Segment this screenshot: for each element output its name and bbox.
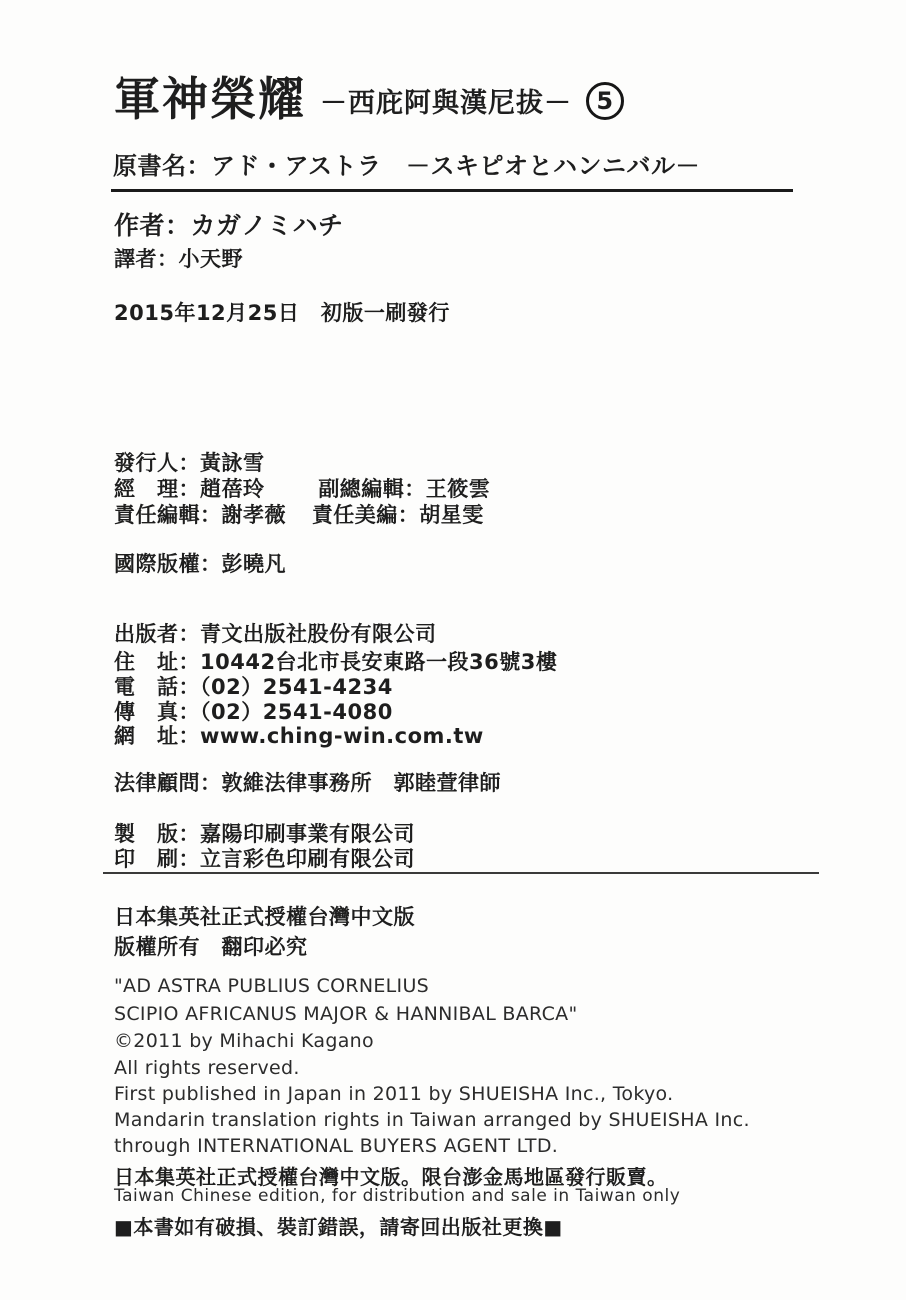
license-authorized-line: 日本集英社正式授權台灣中文版 bbox=[114, 901, 415, 931]
footer-replacement-notice: ■本書如有破損、裝訂錯誤，請寄回出版社更換■ bbox=[114, 1211, 563, 1240]
manager: 經 理：趙蓓玲 bbox=[114, 477, 265, 501]
book-title-row: 軍神榮耀 －西庇阿與漢尼拔－ 5 bbox=[114, 76, 624, 122]
deputy-editor: 副總編輯：王筱雲 bbox=[318, 477, 490, 501]
printing-line: 印 刷：立言彩色印刷有限公司 bbox=[114, 843, 415, 873]
volume-number-badge: 5 bbox=[586, 82, 624, 120]
art-editor: 責任美編：胡星雯 bbox=[312, 503, 484, 527]
divider-top bbox=[111, 189, 793, 192]
divider-bottom bbox=[103, 872, 819, 874]
author-line: 作者：カガノミハチ bbox=[114, 206, 344, 242]
license-rights-line: 版權所有 翻印必究 bbox=[114, 931, 308, 961]
copyright-en-line: First published in Japan in 2011 by SHUE… bbox=[114, 1083, 673, 1105]
publisher-website-line: 網 址：www.ching-win.com.tw bbox=[114, 720, 484, 750]
copyright-en-line: through INTERNATIONAL BUYERS AGENT LTD. bbox=[114, 1135, 558, 1157]
editors-line: 責任編輯：謝孝薇 責任美編：胡星雯 bbox=[114, 499, 484, 529]
book-title: 軍神榮耀 bbox=[114, 76, 306, 122]
intl-rights-line: 國際版權：彭曉凡 bbox=[114, 548, 286, 578]
footer-region-en-line: Taiwan Chinese edition, for distribution… bbox=[114, 1186, 680, 1206]
legal-advisor-line: 法律顧問：敦維法律事務所 郭睦萱律師 bbox=[114, 767, 501, 797]
colophon-page: 軍神榮耀 －西庇阿與漢尼拔－ 5 原書名：アド・アストラ －スキピオとハンニバル… bbox=[0, 0, 906, 1300]
translator-line: 譯者：小天野 bbox=[114, 243, 243, 273]
copyright-en-line: SCIPIO AFRICANUS MAJOR & HANNIBAL BARCA" bbox=[114, 1003, 578, 1025]
book-series-subtitle: －西庇阿與漢尼拔－ bbox=[320, 90, 572, 122]
volume-number: 5 bbox=[596, 87, 613, 115]
copyright-en-line: Mandarin translation rights in Taiwan ar… bbox=[114, 1109, 750, 1131]
copyright-en-line: "AD ASTRA PUBLIUS CORNELIUS bbox=[114, 975, 429, 997]
copyright-en-line: ©2011 by Mihachi Kagano bbox=[114, 1030, 374, 1052]
publisher-name-line: 出版者：青文出版社股份有限公司 bbox=[114, 618, 437, 648]
chief-editor: 責任編輯：謝孝薇 bbox=[114, 503, 286, 527]
copyright-en-line: All rights reserved. bbox=[114, 1057, 300, 1079]
original-title: 原書名：アド・アストラ －スキピオとハンニバル－ bbox=[113, 146, 700, 181]
edition-date-line: 2015年12月25日 初版一刷發行 bbox=[114, 297, 450, 327]
